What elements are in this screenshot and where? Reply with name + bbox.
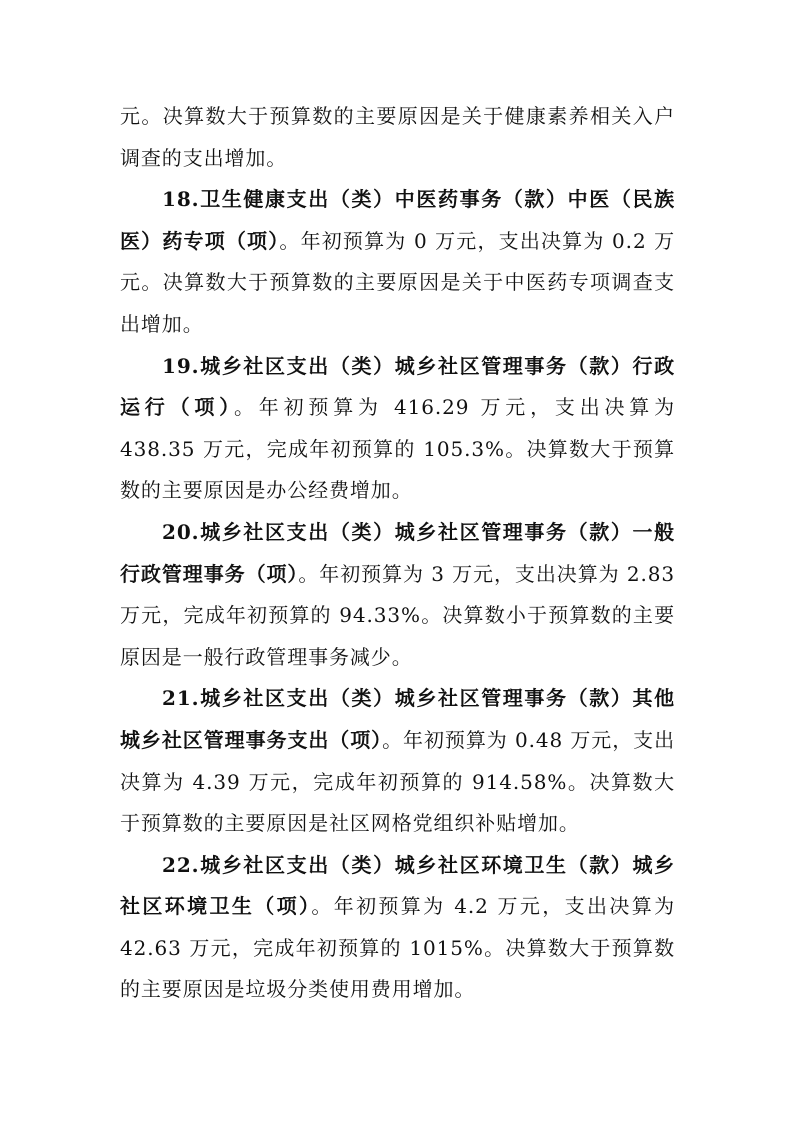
- paragraph-21: 21.城乡社区支出（类）城乡社区管理事务（款）其他城乡社区管理事务支出（项）。年…: [120, 678, 675, 844]
- paragraph-body: 元。决算数大于预算数的主要原因是关于健康素养相关入户调查的支出增加。: [120, 104, 675, 170]
- paragraph-22: 22.城乡社区支出（类）城乡社区环境卫生（款）城乡社区环境卫生（项）。年初预算为…: [120, 845, 675, 1011]
- paragraph-18: 18.卫生健康支出（类）中医药事务（款）中医（民族医）药专项（项）。年初预算为 …: [120, 179, 675, 345]
- paragraph-20: 20.城乡社区支出（类）城乡社区管理事务（款）一般行政管理事务（项）。年初预算为…: [120, 512, 675, 678]
- paragraph-19: 19.城乡社区支出（类）城乡社区管理事务（款）行政运行（项）。年初预算为 416…: [120, 346, 675, 512]
- document-page: 元。决算数大于预算数的主要原因是关于健康素养相关入户调查的支出增加。 18.卫生…: [120, 96, 675, 1011]
- paragraph-17-continuation: 元。决算数大于预算数的主要原因是关于健康素养相关入户调查的支出增加。: [120, 96, 675, 179]
